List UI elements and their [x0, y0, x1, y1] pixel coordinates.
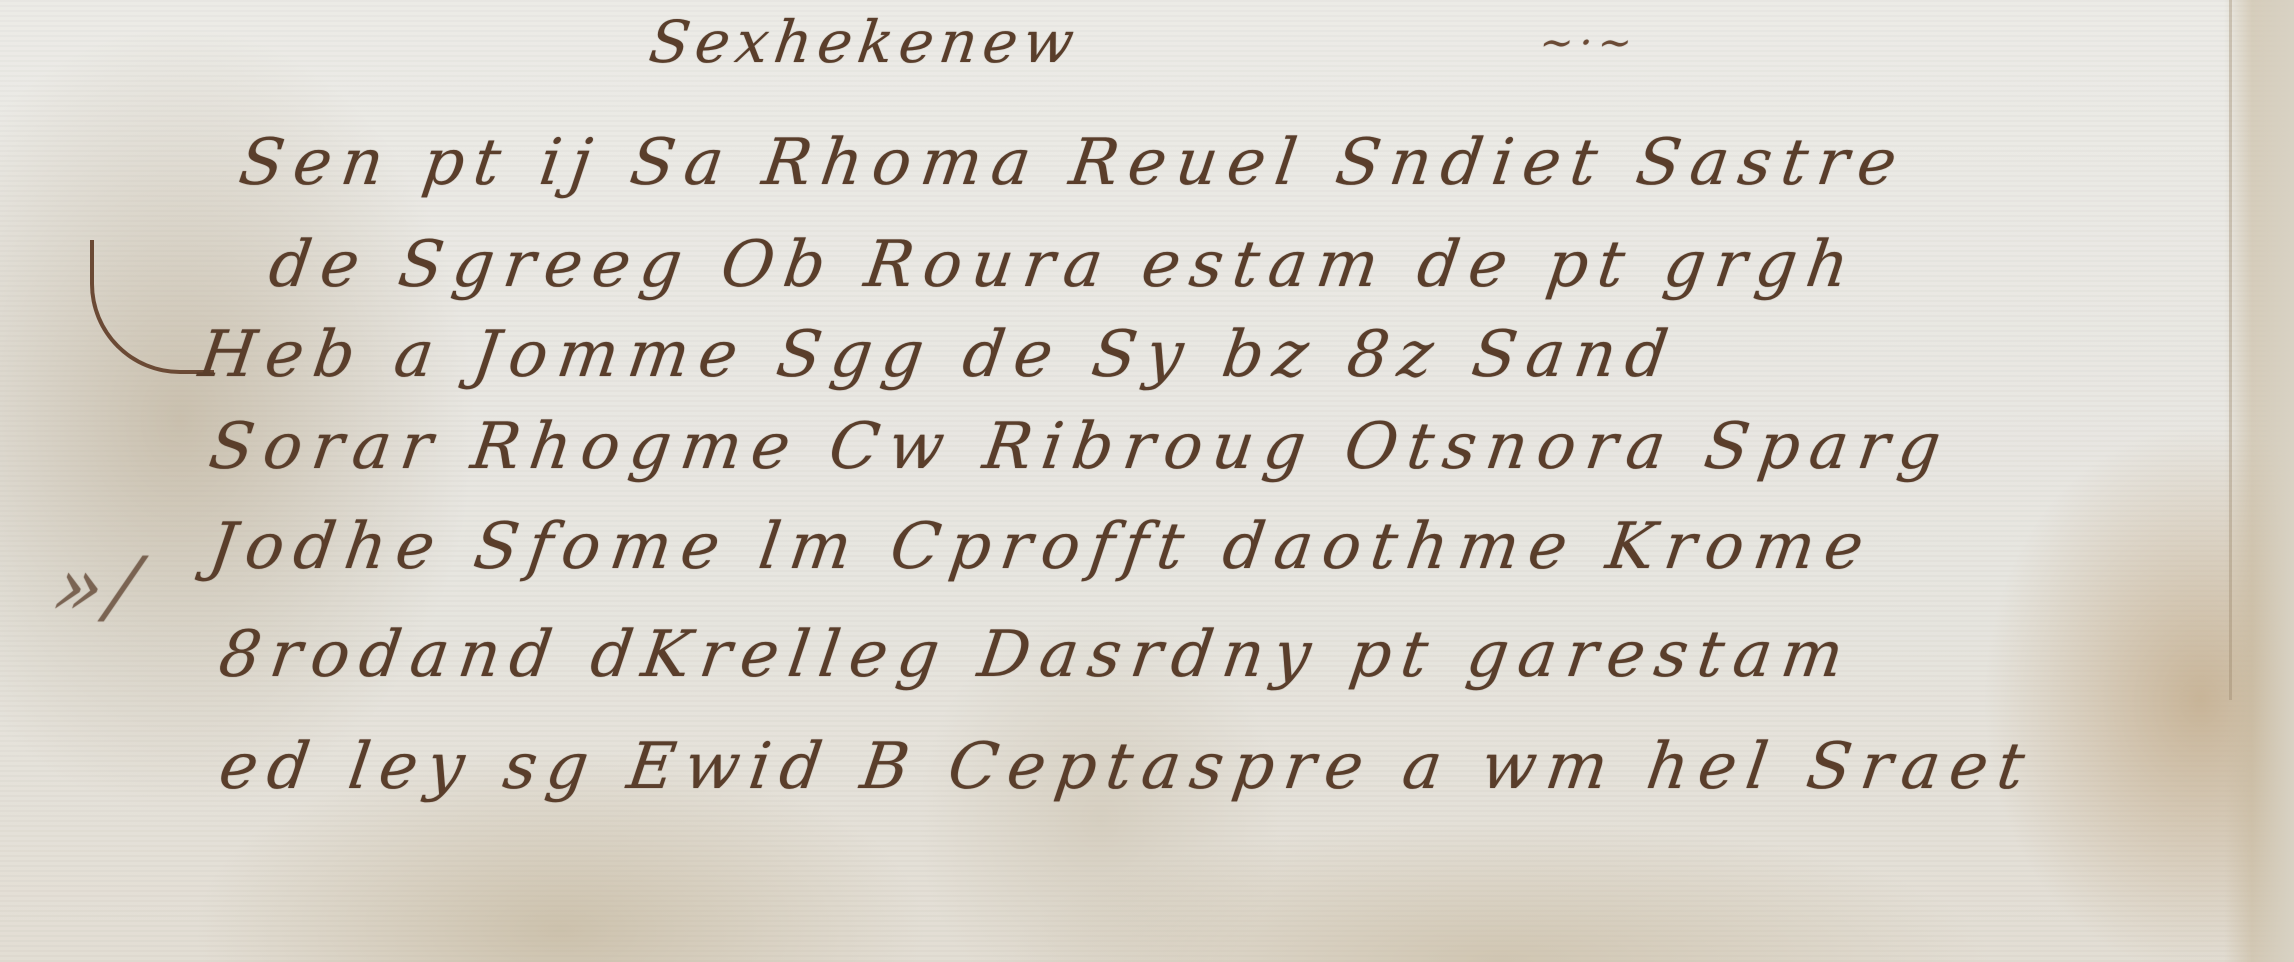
manuscript-line-2: de Sgreeg Ob Roura estam de pt grgh	[265, 228, 1863, 302]
manuscript-heading: Sexhekenew	[645, 8, 1084, 76]
margin-flourish	[90, 240, 214, 374]
manuscript-line-5: Jodhe Sfome lm Cprofft daothme Krome	[205, 510, 1878, 584]
manuscript-line-3: Heb a Jomme Sgg de Sy bz 8z Sand	[195, 318, 1682, 392]
manuscript-line-4: Sorar Rhogme Cw Ribroug Otsnora Sparg	[205, 410, 1955, 484]
paper-edge	[2224, 0, 2294, 962]
manuscript-page: ~·~ »/ Sexhekenew Sen pt ij Sa Rhoma Reu…	[0, 0, 2294, 962]
margin-annotation: »/	[47, 540, 151, 633]
paper-fold-line	[2229, 0, 2232, 700]
top-right-mark: ~·~	[1537, 20, 1641, 66]
manuscript-line-6: 8rodand dKrelleg Dasrdny pt garestam	[215, 618, 1858, 692]
manuscript-line-1: Sen pt ij Sa Rhoma Reuel Sndiet Sastre	[235, 126, 1911, 200]
manuscript-line-7: ed ley sg Ewid B Ceptaspre a wm hel Srae…	[215, 730, 2039, 804]
